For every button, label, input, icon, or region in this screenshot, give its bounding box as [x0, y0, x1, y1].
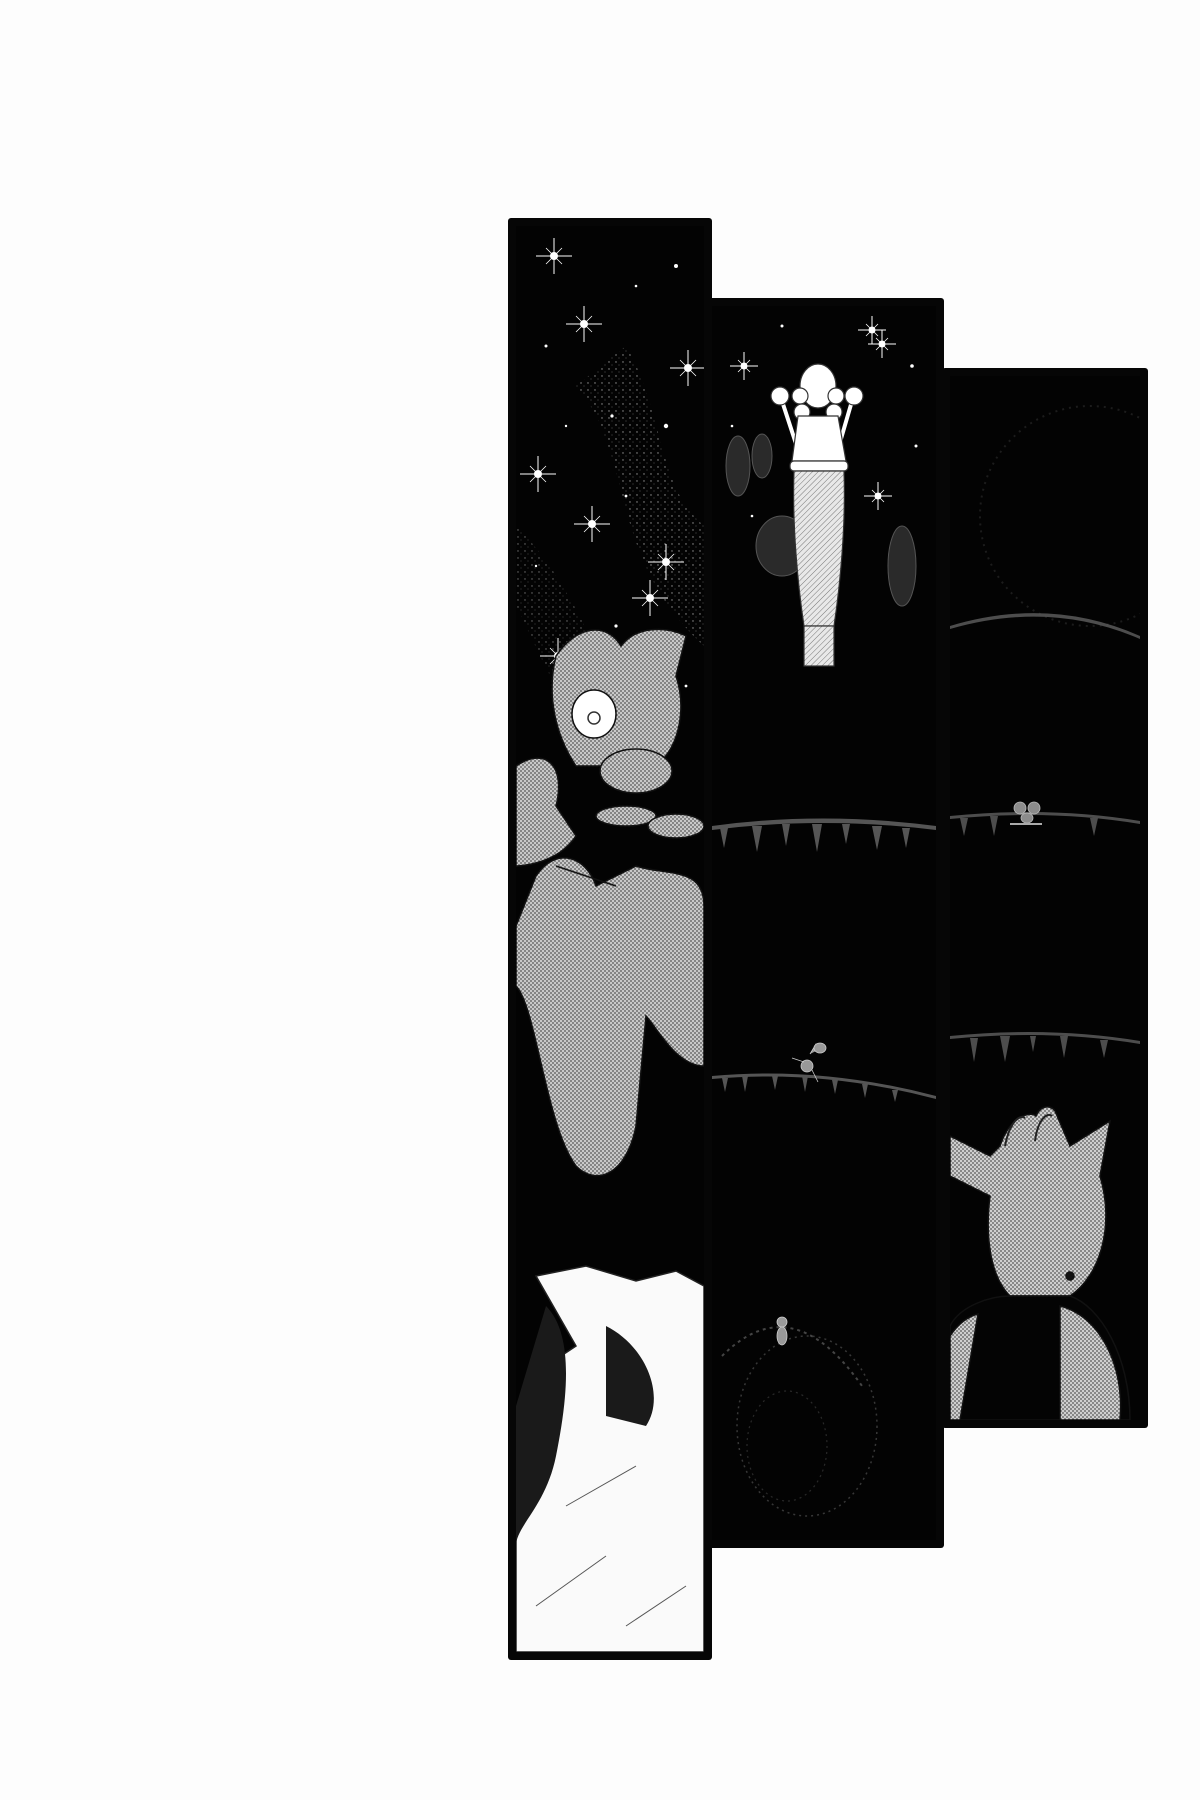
panel-1-art [516, 226, 704, 1652]
panel-2 [704, 298, 944, 1548]
manga-page [0, 0, 1200, 1800]
stalactite-rings [712, 819, 936, 1517]
stalactite-rings [950, 613, 1140, 1062]
chess-queen-tower [771, 364, 863, 666]
pig-back-view [950, 1107, 1130, 1420]
panel-3-illustration [950, 376, 1140, 1420]
panel-3-art [950, 376, 1140, 1420]
panel-1-illustration [516, 226, 704, 1652]
small-figure-bottom [777, 1317, 787, 1345]
panel-2-art [712, 306, 936, 1540]
snowy-rocks [516, 1266, 704, 1652]
panel-3 [942, 368, 1148, 1428]
panel-1 [508, 218, 712, 1660]
panel-2-illustration [712, 306, 936, 1540]
cyclops-pig [516, 629, 704, 1175]
